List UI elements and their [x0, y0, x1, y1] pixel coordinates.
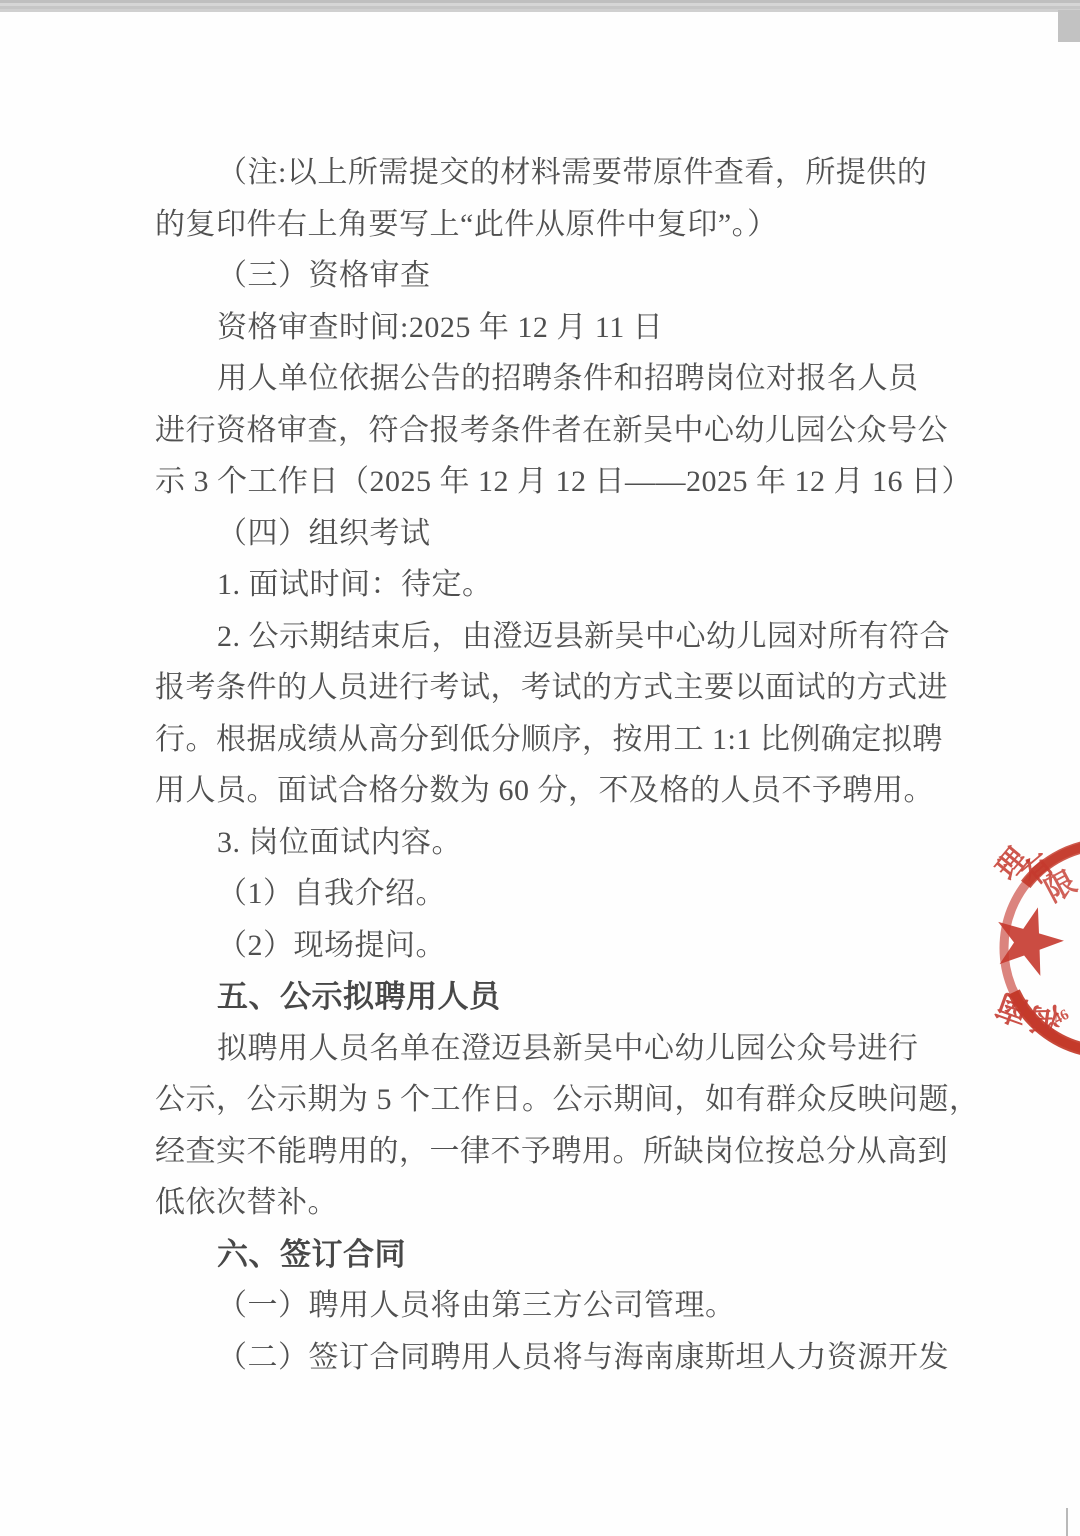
document-line: 2. 公示期结束后，由澄迈县新吴中心幼儿园对所有符合 [155, 611, 945, 663]
document-line: 的复印件右上角要写上“此件从原件中复印”。） [155, 199, 945, 251]
document-body: （注:以上所需提交的材料需要带原件查看，所提供的 的复印件右上角要写上“此件从原… [155, 147, 945, 1383]
document-line: 资格审查时间:2025 年 12 月 11 日 [155, 302, 945, 354]
scanner-edge-strip [0, 0, 1080, 12]
document-line: 进行资格审查，符合报考条件者在新吴中心幼儿园公众号公 [155, 405, 945, 457]
document-line: （2）现场提问。 [155, 920, 945, 972]
seal-arc-char: 南 [991, 987, 1033, 1032]
document-line: （1）自我介绍。 [155, 868, 945, 920]
star-icon [987, 898, 1071, 979]
document-line: 行。根据成绩从高分到低分顺序，按用工 1:1 比例确定拟聘 [155, 714, 945, 766]
document-line: 拟聘用人员名单在澄迈县新吴中心幼儿园公众号进行 [155, 1023, 945, 1075]
document-line: （四）组织考试 [155, 508, 945, 560]
document-line: 用人员。面试合格分数为 60 分，不及格的人员不予聘用。 [155, 765, 945, 817]
document-line: 3. 岗位面试内容。 [155, 817, 945, 869]
section-heading: 五、公示拟聘用人员 [155, 971, 945, 1023]
scanned-document-page: （注:以上所需提交的材料需要带原件查看，所提供的 的复印件右上角要写上“此件从原… [0, 0, 1080, 1536]
scanner-edge-mark [1066, 1508, 1068, 1536]
document-line: （二）签订合同聘用人员将与海南康斯坦人力资源开发 [155, 1332, 945, 1384]
company-seal-stamp: 理 有 限 南 海 46 [950, 790, 1080, 1130]
seal-arc-char: 有 [1017, 848, 1061, 893]
scanner-edge-corner [1058, 10, 1080, 42]
document-line: 经查实不能聘用的，一律不予聘用。所缺岗位按总分从高到 [155, 1126, 945, 1178]
document-line: 1. 面试时间：待定。 [155, 559, 945, 611]
seal-arc-char: 限 [1040, 865, 1080, 908]
document-line: 公示，公示期为 5 个工作日。公示期间，如有群众反映问题， [155, 1074, 945, 1126]
seal-arc-char: 理 [990, 842, 1035, 886]
seal-serial-fragment: 46 [1051, 1006, 1072, 1027]
seal-ring [1004, 844, 1080, 1052]
document-line: （一）聘用人员将由第三方公司管理。 [155, 1280, 945, 1332]
document-line: （三）资格审查 [155, 250, 945, 302]
seal-ring-heavy-segment [1004, 844, 1080, 1052]
seal-ring-heavy-segment [1004, 844, 1080, 1052]
seal-arc-char: 海 [1027, 1000, 1060, 1037]
document-line: （注:以上所需提交的材料需要带原件查看，所提供的 [155, 147, 945, 199]
document-line: 用人单位依据公告的招聘条件和招聘岗位对报名人员 [155, 353, 945, 405]
document-line: 示 3 个工作日（2025 年 12 月 12 日——2025 年 12 月 1… [155, 456, 945, 508]
section-heading: 六、签订合同 [155, 1229, 945, 1281]
document-line: 低依次替补。 [155, 1177, 945, 1229]
document-line: 报考条件的人员进行考试，考试的方式主要以面试的方式进 [155, 662, 945, 714]
